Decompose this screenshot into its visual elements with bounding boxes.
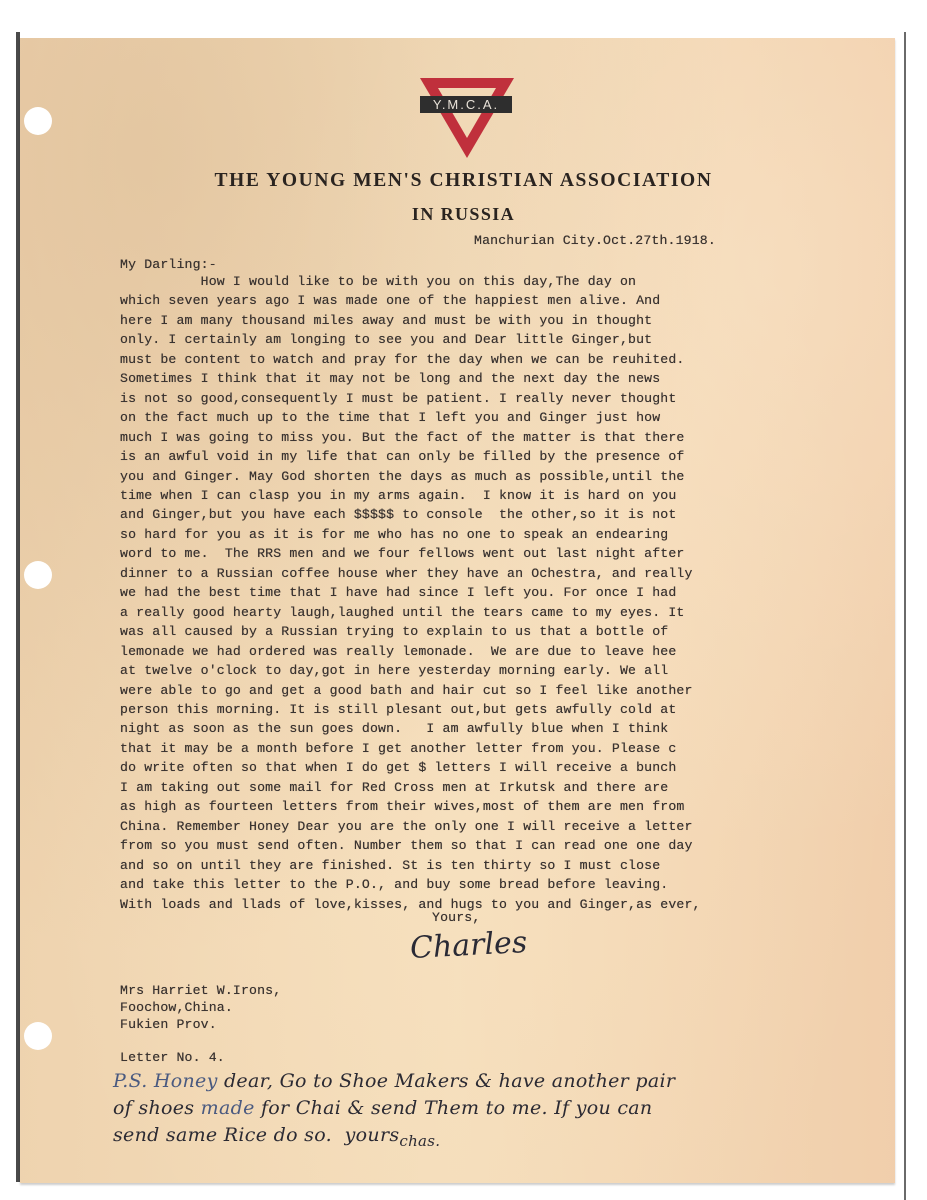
body-line: you and Ginger. May God shorten the days… (120, 467, 701, 486)
postscript-line2-rest: for Chai & send Them to me. If you can (255, 1097, 653, 1119)
body-line: Sometimes I think that it may not be lon… (120, 369, 701, 388)
postscript-signoff: chas. (399, 1132, 440, 1150)
body-line: a really good hearty laugh,laughed until… (120, 603, 701, 622)
body-line: With loads and llads of love,kisses, and… (120, 895, 701, 914)
recipient-address: Mrs Harriet W.Irons,Foochow,China.Fukien… (120, 982, 281, 1033)
salutation: My Darling:- (120, 257, 217, 272)
body-line: lemonade we had ordered was really lemon… (120, 642, 701, 661)
punch-hole-bottom (24, 1022, 52, 1050)
address-line: Mrs Harriet W.Irons, (120, 982, 281, 999)
postscript-line2-start: of shoes (113, 1097, 201, 1119)
punch-hole-top (24, 107, 52, 135)
punch-hole-middle (24, 561, 52, 589)
letterhead-title: THE YOUNG MEN'S CHRISTIAN ASSOCIATION (0, 170, 927, 192)
signature: Charles (409, 925, 528, 966)
closing: Yours, (432, 910, 480, 925)
body-line: and so on until they are finished. St is… (120, 856, 701, 875)
postscript-line1-rest: dear, Go to Shoe Makers & have another p… (218, 1070, 676, 1092)
letter-number: Letter No. 4. (120, 1050, 225, 1065)
body-line: dinner to a Russian coffee house wher th… (120, 564, 701, 583)
body-line: and Ginger,but you have each $$$$$ to co… (120, 505, 701, 524)
body-line: is not so good,consequently I must be pa… (120, 389, 701, 408)
body-line: we had the best time that I have had sin… (120, 583, 701, 602)
body-line: which seven years ago I was made one of … (120, 291, 701, 310)
postscript-line2-blue: made (201, 1097, 255, 1119)
body-line: night as soon as the sun goes down. I am… (120, 719, 701, 738)
body-line: were able to go and get a good bath and … (120, 681, 701, 700)
ymca-inverted-triangle-icon (418, 76, 518, 160)
body-line: was all caused by a Russian trying to ex… (120, 622, 701, 641)
body-line: here I am many thousand miles away and m… (120, 311, 701, 330)
body-line: at twelve o'clock to day,got in here yes… (120, 661, 701, 680)
body-line: I am taking out some mail for Red Cross … (120, 778, 701, 797)
dateline: Manchurian City.Oct.27th.1918. (474, 233, 716, 248)
body-line: word to me. The RRS men and we four fell… (120, 544, 701, 563)
body-line: time when I can clasp you in my arms aga… (120, 486, 701, 505)
body-line: on the fact much up to the time that I l… (120, 408, 701, 427)
body-line: as high as fourteen letters from their w… (120, 797, 701, 816)
address-line: Fukien Prov. (120, 1016, 281, 1033)
body-line: much I was going to miss you. But the fa… (120, 428, 701, 447)
letterhead-subtitle: IN RUSSIA (0, 204, 927, 225)
body-line: must be content to watch and pray for th… (120, 350, 701, 369)
body-line: is an awful void in my life that can onl… (120, 447, 701, 466)
postscript-line3: send same Rice do so. yours (113, 1124, 399, 1146)
body-line: do write often so that when I do get $ l… (120, 758, 701, 777)
address-line: Foochow,China. (120, 999, 281, 1016)
ymca-logo-band: Y.M.C.A. (420, 96, 512, 113)
handwritten-postscript: P.S. Honey dear, Go to Shoe Makers & hav… (113, 1068, 883, 1155)
ymca-logo: Y.M.C.A. (418, 76, 518, 160)
postscript-line1-blue: P.S. Honey (113, 1070, 218, 1092)
body-line: person this morning. It is still plesant… (120, 700, 701, 719)
body-line: China. Remember Honey Dear you are the o… (120, 817, 701, 836)
body-line: and take this letter to the P.O., and bu… (120, 875, 701, 894)
body-line: that it may be a month before I get anot… (120, 739, 701, 758)
body-line: from so you must send often. Number them… (120, 836, 701, 855)
letter-body: How I would like to be with you on this … (120, 272, 701, 914)
body-line: only. I certainly am longing to see you … (120, 330, 701, 349)
body-line: How I would like to be with you on this … (120, 272, 701, 291)
body-line: so hard for you as it is for me who has … (120, 525, 701, 544)
